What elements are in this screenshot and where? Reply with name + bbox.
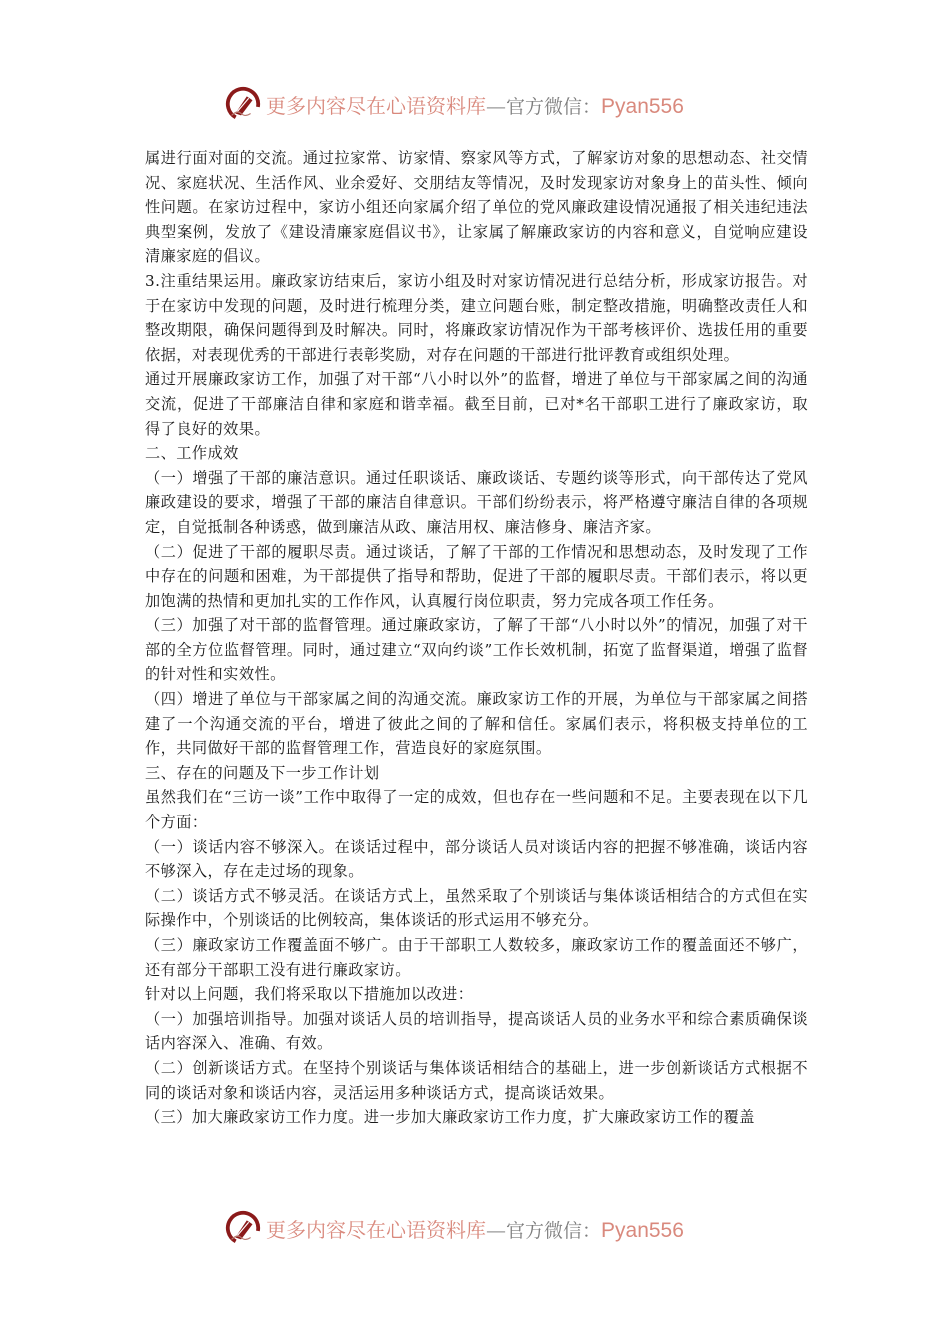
section-heading-achievements: 二、工作成效: [145, 441, 808, 466]
paragraph-achievement-3: （三）加强了对干部的监督管理。通过廉政家访，了解了干部“八小时以外”的情况，加强…: [145, 613, 808, 687]
paragraph-achievement-4: （四）增进了单位与干部家属之间的沟通交流。廉政家访工作的开展，为单位与干部家属之…: [145, 687, 808, 761]
document-body: 属进行面对面的交流。通过拉家常、访家情、察家风等方式，了解家访对象的思想动态、社…: [145, 146, 808, 1130]
banner-text: 更多内容尽在心语资料库—官方微信：Pyan556: [266, 90, 684, 119]
banner-wechat-id: Pyan556: [601, 95, 684, 118]
banner-text: 更多内容尽在心语资料库—官方微信：Pyan556: [266, 1214, 684, 1243]
paragraph-problems-intro: 虽然我们在“三访一谈”工作中取得了一定的成效，但也存在一些问题和不足。主要表现在…: [145, 785, 808, 834]
section-heading-problems-plan: 三、存在的问题及下一步工作计划: [145, 761, 808, 786]
quill-pen-logo-icon: [224, 85, 262, 123]
paragraph-problem-3: （三）廉政家访工作覆盖面不够广。由于干部职工人数较多，廉政家访工作的覆盖面还不够…: [145, 933, 808, 982]
banner-dash: —: [486, 1218, 506, 1242]
header-watermark-banner: 更多内容尽在心语资料库—官方微信：Pyan556: [224, 82, 724, 126]
footer-watermark-banner: 更多内容尽在心语资料库—官方微信：Pyan556: [224, 1206, 724, 1250]
paragraph-measure-3: （三）加大廉政家访工作力度。进一步加大廉政家访工作力度，扩大廉政家访工作的覆盖: [145, 1105, 808, 1130]
paragraph-achievement-1: （一）增强了干部的廉洁意识。通过任职谈话、廉政谈话、专题约谈等形式，向干部传达了…: [145, 466, 808, 540]
paragraph-problem-1: （一）谈话内容不够深入。在谈话过程中，部分谈话人员对谈话内容的把握不够准确，谈话…: [145, 835, 808, 884]
paragraph-achievement-2: （二）促进了干部的履职尽责。通过谈话，了解了干部的工作情况和思想动态，及时发现了…: [145, 540, 808, 614]
paragraph-measure-1: （一）加强培训指导。加强对谈话人员的培训指导，提高谈话人员的业务水平和综合素质确…: [145, 1007, 808, 1056]
paragraph-result-application: 3.注重结果运用。廉政家访结束后，家访小组及时对家访情况进行总结分析，形成家访报…: [145, 269, 808, 367]
banner-main-text: 更多内容尽在心语资料库: [266, 1218, 486, 1242]
banner-official-label: 官方微信：: [506, 1220, 601, 1242]
banner-official-label: 官方微信：: [506, 96, 601, 118]
paragraph-measures-intro: 针对以上问题，我们将采取以下措施加以改进：: [145, 982, 808, 1007]
banner-main-text: 更多内容尽在心语资料库: [266, 94, 486, 118]
banner-dash: —: [486, 94, 506, 118]
paragraph-home-visit-summary: 通过开展廉政家访工作，加强了对干部“八小时以外”的监督，增进了单位与干部家属之间…: [145, 367, 808, 441]
paragraph-continuation: 属进行面对面的交流。通过拉家常、访家情、察家风等方式，了解家访对象的思想动态、社…: [145, 146, 808, 269]
quill-pen-logo-icon: [224, 1209, 262, 1247]
paragraph-problem-2: （二）谈话方式不够灵活。在谈话方式上，虽然采取了个别谈话与集体谈话相结合的方式但…: [145, 884, 808, 933]
paragraph-measure-2: （二）创新谈话方式。在坚持个别谈话与集体谈话相结合的基础上，进一步创新谈话方式根…: [145, 1056, 808, 1105]
banner-wechat-id: Pyan556: [601, 1219, 684, 1242]
